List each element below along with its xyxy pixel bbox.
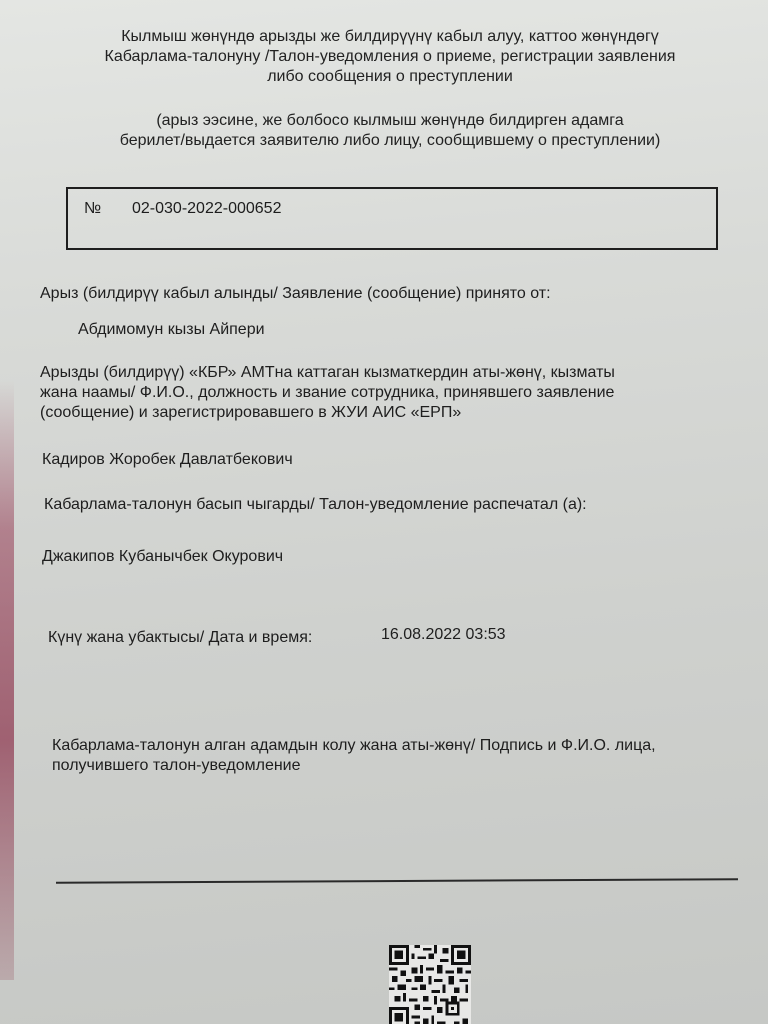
notification-coupon-document: Кылмыш жөнүндө арызды же билдирүүнү кабы… — [0, 0, 768, 1024]
signature-label: Кабарлама-талонун алган адамдын колу жан… — [52, 736, 752, 776]
datetime-value: 16.08.2022 03:53 — [381, 625, 506, 645]
number-sign: № — [84, 200, 101, 218]
signature-line — [56, 878, 738, 884]
title-line: либо сообщения о преступлении — [40, 67, 740, 87]
document-subtitle: (арыз ээсине, же болбосо кылмыш жөнүндө … — [40, 111, 740, 151]
document-title: Кылмыш жөнүндө арызды же билдирүүнү кабы… — [40, 27, 740, 87]
qr-code-icon — [389, 945, 471, 1024]
officer-label-line: Арызды (билдирүү) «КБР» АМТна каттаган к… — [40, 363, 740, 383]
datetime-label: Күнү жана убактысы/ Дата и время: — [48, 628, 312, 648]
signature-label-line: получившего талон-уведомление — [52, 756, 752, 776]
officer-label: Арызды (билдирүү) «КБР» АМТна каттаган к… — [40, 363, 740, 423]
officer-label-line: (сообщение) и зарегистрировавшего в ЖУИ … — [40, 403, 740, 423]
title-line: Кылмыш жөнүндө арызды же билдирүүнү кабы… — [40, 27, 740, 47]
printed-by-label: Кабарлама-талонун басып чыгарды/ Талон-у… — [44, 495, 587, 515]
officer-label-line: жана наамы/ Ф.И.О., должность и звание с… — [40, 383, 740, 403]
accepted-from-label: Арыз (билдирүү кабыл алынды/ Заявление (… — [40, 284, 551, 304]
accepted-from-value: Абдимомун кызы Айпери — [78, 320, 265, 340]
printed-by-value: Джакипов Кубанычбек Окурович — [42, 547, 283, 567]
subtitle-line: берилет/выдается заявителю либо лицу, со… — [40, 131, 740, 151]
title-line: Кабарлама-талонуну /Талон-уведомления о … — [40, 47, 740, 67]
subtitle-line: (арыз ээсине, же болбосо кылмыш жөнүндө … — [40, 111, 740, 131]
signature-label-line: Кабарлама-талонун алган адамдын колу жан… — [52, 736, 752, 756]
registration-number-box: № 02-030-2022-000652 — [66, 187, 718, 250]
registration-number: 02-030-2022-000652 — [132, 200, 281, 218]
officer-value: Кадиров Жоробек Давлатбекович — [42, 450, 293, 470]
